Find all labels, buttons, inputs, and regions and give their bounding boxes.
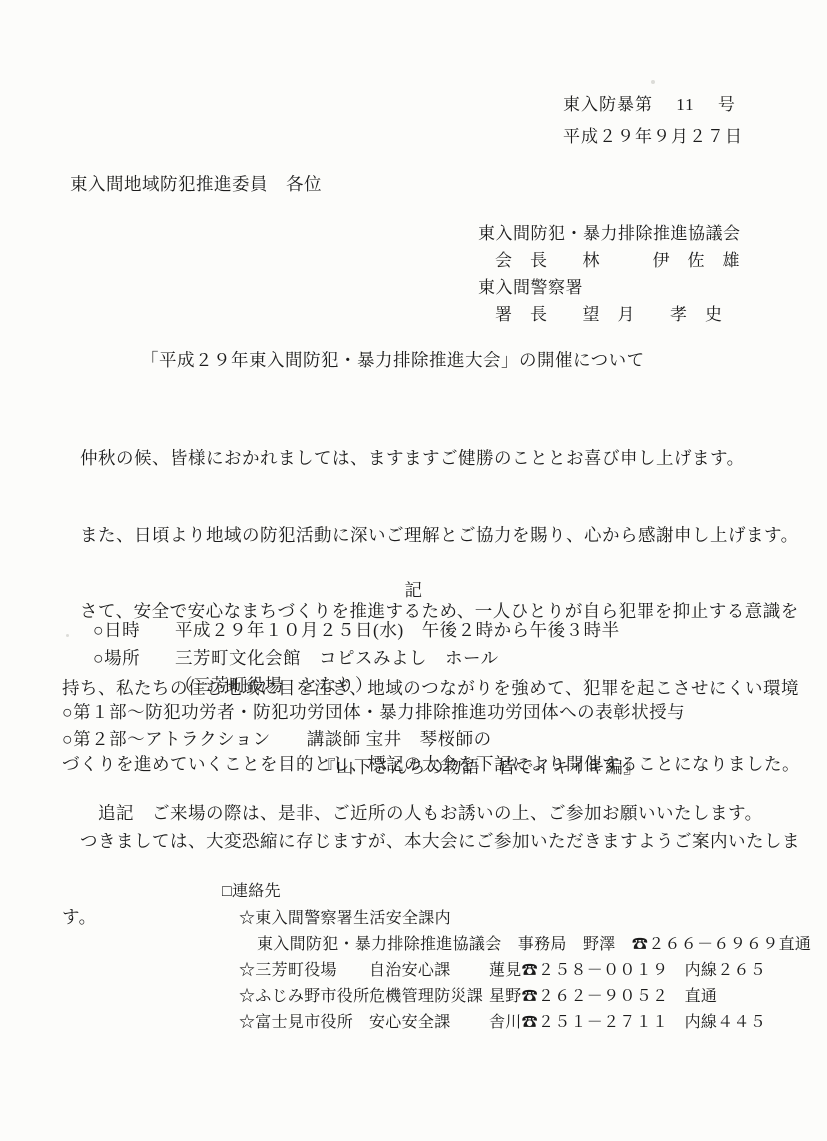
body-paragraphs: 仲秋の候、皆様におかれましては、ますますご健勝のこととお喜び申し上げます。 また… xyxy=(62,395,800,982)
contact-row-miyoshi: ☆三芳町役場 自治安心課 蓮見☎２５８－００１９ 内線２６５ xyxy=(239,958,766,984)
contact-org: ☆三芳町役場 xyxy=(239,958,369,984)
sender-org-police: 東入間警察署 xyxy=(478,275,583,301)
subject-line: 「平成２９年東入間防犯・暴力排除推進大会」の開催について xyxy=(141,348,645,374)
contact-org: ☆ふじみ野市役所 xyxy=(239,984,369,1010)
sender-chairman-name: 会 長 林 伊 佐 雄 xyxy=(495,248,740,274)
body-line: 仲秋の候、皆様におかれましては、ますますご健勝のこととお喜び申し上げます。 xyxy=(62,446,800,472)
datetime-label: ○日時 xyxy=(93,618,175,644)
contact-tel: 蓮見☎２５８－００１９ 内線２６５ xyxy=(489,958,766,984)
place-label: ○場所 xyxy=(93,646,175,672)
contact-org: ☆富士見市役所 xyxy=(239,1010,369,1036)
detail-part2: ○第２部～アトラクション 講談師 宝井 琴桜師の xyxy=(62,727,492,753)
body-line: 持ち、私たちの住む地域に目を注ぎ、地域のつながりを強めて、犯罪を起こさせにくい環… xyxy=(62,676,800,702)
contact-dept: 危機管理防災課 xyxy=(369,984,489,1010)
document-number: 東入防暴第 11 号 xyxy=(563,92,736,118)
place-note: （三芳町役場 となり） xyxy=(175,673,373,699)
postscript: 追記 ご来場の際は、是非、ご近所の人もお誘いの上、ご参加お願いいたします。 xyxy=(98,801,763,827)
addressee: 東入間地域防犯推進委員 各位 xyxy=(70,172,322,198)
scanned-letter-page: 東入防暴第 11 号 平成２９年９月２７日 東入間地域防犯推進委員 各位 東入間… xyxy=(0,0,827,1141)
detail-part1: ○第１部～防犯功労者・防犯功労団体・暴力排除推進功労団体への表彰状授与 xyxy=(62,700,685,726)
ki-marker: 記 xyxy=(0,578,827,604)
detail-place: ○場所三芳町文化会館 コピスみよし ホール xyxy=(93,646,499,672)
place-value: 三芳町文化会館 コピスみよし ホール xyxy=(175,648,499,668)
detail-datetime: ○日時平成２９年１０月２５日(水) 午後２時から午後３時半 xyxy=(93,618,620,644)
contact-heading: □連絡先 xyxy=(222,879,281,905)
contact-dept: 安心安全課 xyxy=(369,1010,489,1036)
contact-tel: 舎川☎２５１－２７１１ 内線４４５ xyxy=(489,1010,766,1036)
scan-speck xyxy=(651,80,655,84)
datetime-value: 平成２９年１０月２５日(水) 午後２時から午後３時半 xyxy=(175,620,620,640)
contact-tel: 星野☎２６２－９０５２ 直通 xyxy=(489,984,717,1010)
issue-date: 平成２９年９月２７日 xyxy=(563,124,743,150)
sender-org-council: 東入間防犯・暴力排除推進協議会 xyxy=(478,221,741,247)
contact-dept: 自治安心課 xyxy=(369,958,489,984)
contact-row-fujimino: ☆ふじみ野市役所 危機管理防災課 星野☎２６２－９０５２ 直通 xyxy=(239,984,717,1010)
body-line: また、日頃より地域の防犯活動に深いご理解とご協力を賜り、心から感謝申し上げます。 xyxy=(62,523,800,549)
body-line: つきましては、大変恐縮に存じますが、本大会にご参加いただきますようご案内いたしま xyxy=(62,829,800,855)
contact-row-fujimi: ☆富士見市役所 安心安全課 舎川☎２５１－２７１１ 内線４４５ xyxy=(239,1010,766,1036)
sender-chief-name: 署 長 望 月 孝 史 xyxy=(495,302,723,328)
attraction-title: 『山下さんちの物語 皆でイキイキ編』 xyxy=(318,755,641,781)
contact-council-line: 東入間防犯・暴力排除推進協議会 事務局 野澤 ☎２６６－６９６９直通 xyxy=(257,932,811,958)
contact-office-line: ☆東入間警察署生活安全課内 xyxy=(239,906,451,932)
